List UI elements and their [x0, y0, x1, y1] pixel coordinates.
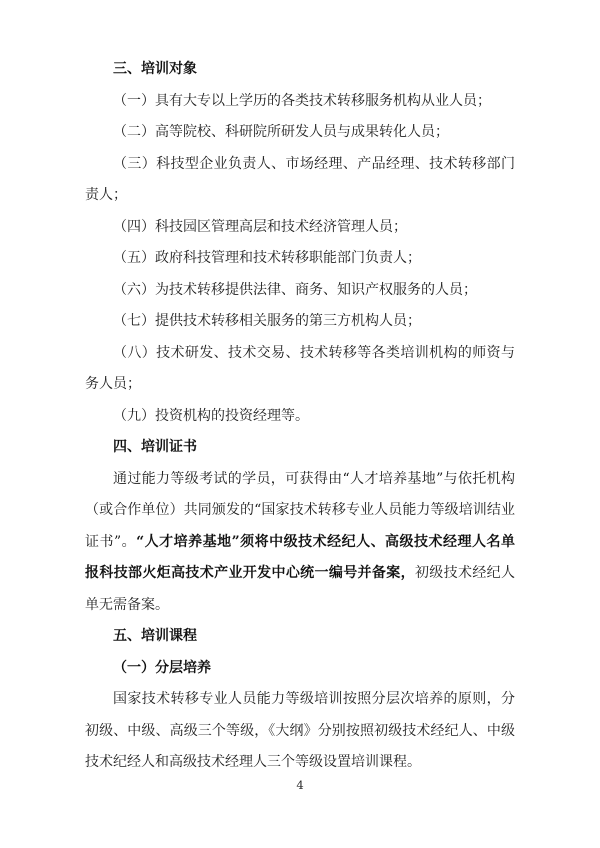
text-run: （或合作单位）共同颁发的“国家技术转移专业人员能力等级培训结业	[85, 502, 515, 518]
bold-text-run: （一）分层培养	[113, 660, 211, 676]
text-run: 技术纪经人和高级技术经理人三个等级设置培训课程。	[85, 754, 421, 770]
bold-text-run: 三、培训对象	[113, 61, 197, 77]
document-body: 三、培训对象（一）具有大专以上学历的各类技术转移服务机构从业人员；（二）高等院校…	[85, 54, 515, 779]
text-run: 责人；	[85, 187, 127, 203]
text-run: （六）为技术转移提供法律、商务、知识产权服务的人员；	[113, 282, 477, 298]
paragraph-line: 国家技术转移专业人员能力等级培训按照分层次培养的原则，分为	[85, 684, 515, 716]
paragraph-line: 证书”。“人才培养基地”须将中级技术经纪人、高级技术经理人名单	[85, 527, 515, 559]
paragraph-line: 初级、中级、高级三个等级，《大纲》分别按照初级技术经纪人、中级	[85, 716, 515, 748]
list-item-continuation: 责人；	[85, 180, 515, 212]
text-run: （九）投资机构的投资经理等。	[113, 408, 309, 424]
paragraph-line: 报科技部火炬高技术产业开发中心统一编号并备案，初级技术经纪人名	[85, 558, 515, 590]
subsection-heading: （一）分层培养	[85, 653, 515, 685]
text-run: （七）提供技术转移相关服务的第三方机构人员；	[113, 313, 421, 329]
text-run: 证书”。	[85, 534, 136, 550]
paragraph-line: （或合作单位）共同颁发的“国家技术转移专业人员能力等级培训结业	[85, 495, 515, 527]
list-item: （三）科技型企业负责人、市场经理、产品经理、技术转移部门负	[85, 149, 515, 181]
list-item: （九）投资机构的投资经理等。	[85, 401, 515, 433]
list-item: （五）政府科技管理和技术转移职能部门负责人；	[85, 243, 515, 275]
text-run: 通过能力等级考试的学员，可获得由“人才培养基地”与依托机构	[113, 471, 515, 487]
text-run: 单无需备案。	[85, 597, 169, 613]
list-item-continuation: 务人员；	[85, 369, 515, 401]
list-item: （六）为技术转移提供法律、商务、知识产权服务的人员；	[85, 275, 515, 307]
page-number: 4	[0, 774, 600, 796]
text-run: （八）技术研发、技术交易、技术转移等各类培训机构的师资与服	[85, 345, 515, 370]
text-run: （一）具有大专以上学历的各类技术转移服务机构从业人员；	[113, 93, 491, 109]
section-heading: 五、培训课程	[85, 621, 515, 653]
list-item: （八）技术研发、技术交易、技术转移等各类培训机构的师资与服	[85, 338, 515, 370]
list-item: （一）具有大专以上学历的各类技术转移服务机构从业人员；	[85, 86, 515, 118]
list-item: （二）高等院校、科研院所研发人员与成果转化人员；	[85, 117, 515, 149]
section-heading: 三、培训对象	[85, 54, 515, 86]
document-page: 三、培训对象（一）具有大专以上学历的各类技术转移服务机构从业人员；（二）高等院校…	[0, 0, 600, 848]
list-item: （四）科技园区管理高层和技术经济管理人员；	[85, 212, 515, 244]
text-run: 务人员；	[85, 376, 141, 392]
bold-text-run: “人才培养基地”须将中级技术经纪人、高级技术经理人名单	[136, 534, 515, 550]
paragraph-line: 单无需备案。	[85, 590, 515, 622]
section-heading: 四、培训证书	[85, 432, 515, 464]
list-item: （七）提供技术转移相关服务的第三方机构人员；	[85, 306, 515, 338]
text-run: （二）高等院校、科研院所研发人员与成果转化人员；	[113, 124, 449, 140]
text-run: 国家技术转移专业人员能力等级培训按照分层次培养的原则，分为	[85, 691, 515, 716]
paragraph-line: 通过能力等级考试的学员，可获得由“人才培养基地”与依托机构	[85, 464, 515, 496]
text-run: 初级、中级、高级三个等级，《大纲》分别按照初级技术经纪人、中级	[85, 723, 515, 739]
text-run: （五）政府科技管理和技术转移职能部门负责人；	[113, 250, 421, 266]
text-run: （四）科技园区管理高层和技术经济管理人员；	[113, 219, 407, 235]
text-run: （三）科技型企业负责人、市场经理、产品经理、技术转移部门负	[85, 156, 515, 181]
bold-text-run: 五、培训课程	[113, 628, 197, 644]
bold-text-run: 报科技部火炬高技术产业开发中心统一编号并备案，	[85, 565, 415, 581]
bold-text-run: 四、培训证书	[113, 439, 197, 455]
